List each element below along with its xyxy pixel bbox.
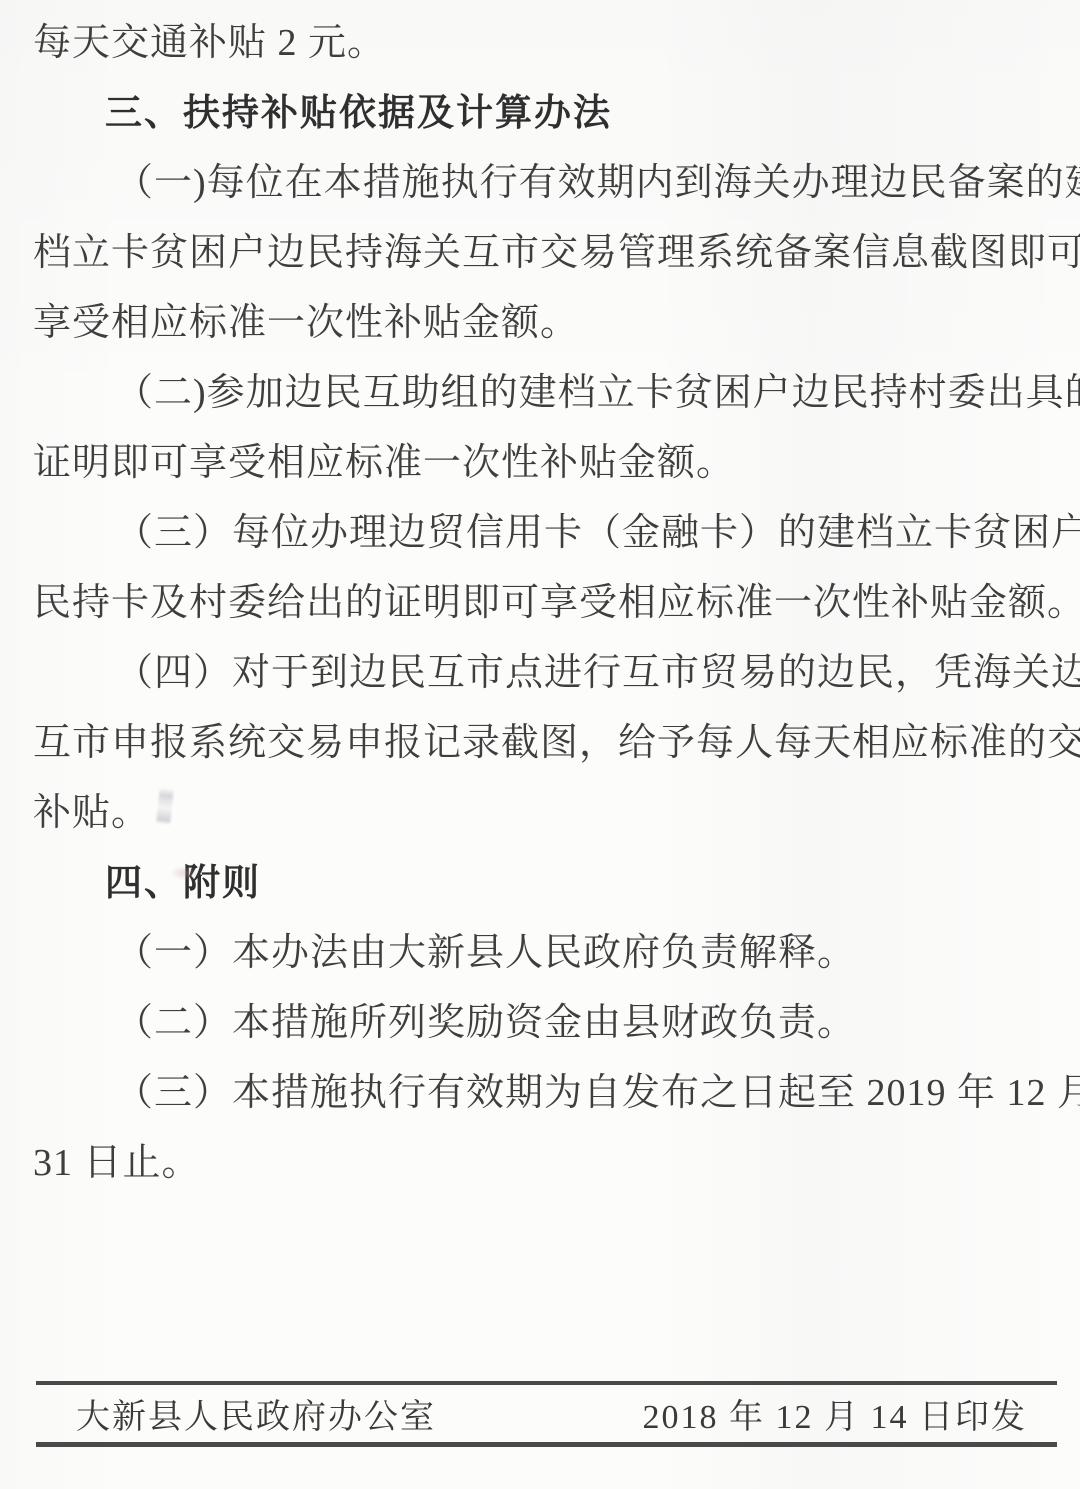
footer-issuer: 大新县人民政府办公室: [36, 1394, 436, 1442]
doc-line: 31 日止。: [33, 1128, 1060, 1198]
doc-line: （二）本措施所列奖励资金由县财政负责。: [33, 988, 1060, 1058]
doc-line: 享受相应标准一次性补贴金额。: [33, 288, 1060, 358]
doc-line: （三）本措施执行有效期为自发布之日起至 2019 年 12 月: [33, 1058, 1060, 1128]
doc-line: 证明即可享受相应标准一次性补贴金额。: [33, 428, 1060, 498]
doc-line: 互市申报系统交易申报记录截图，给予每人每天相应标准的交通: [33, 708, 1060, 778]
doc-line: 每天交通补贴 2 元。: [33, 8, 1060, 78]
footer-rule-bottom: [36, 1442, 1057, 1447]
doc-line: （三）每位办理边贸信用卡（金融卡）的建档立卡贫困户边: [33, 498, 1060, 568]
footer-rule-top: [36, 1381, 1057, 1385]
section-heading: 三、扶持补贴依据及计算办法: [33, 78, 1060, 148]
document-page: 每天交通补贴 2 元。 三、扶持补贴依据及计算办法 （一)每位在本措施执行有效期…: [0, 0, 1080, 1198]
doc-line: （一）本办法由大新县人民政府负责解释。: [33, 918, 1060, 988]
document-footer: 大新县人民政府办公室 2018 年 12 月 14 日印发: [36, 1394, 1057, 1442]
doc-line: （一)每位在本措施执行有效期内到海关办理边民备案的建: [33, 148, 1060, 218]
section-heading: 四、附则: [33, 848, 1060, 918]
doc-line: （二)参加边民互助组的建档立卡贫困户边民持村委出具的: [33, 358, 1060, 428]
doc-line: 档立卡贫困户边民持海关互市交易管理系统备案信息截图即可: [33, 218, 1060, 288]
doc-line: 民持卡及村委给出的证明即可享受相应标准一次性补贴金额。: [33, 568, 1060, 638]
doc-line: 补贴。: [33, 778, 1060, 848]
footer-print-date: 2018 年 12 月 14 日印发: [643, 1394, 1058, 1442]
doc-line: （四）对于到边民互市点进行互市贸易的边民，凭海关边民: [33, 638, 1060, 708]
